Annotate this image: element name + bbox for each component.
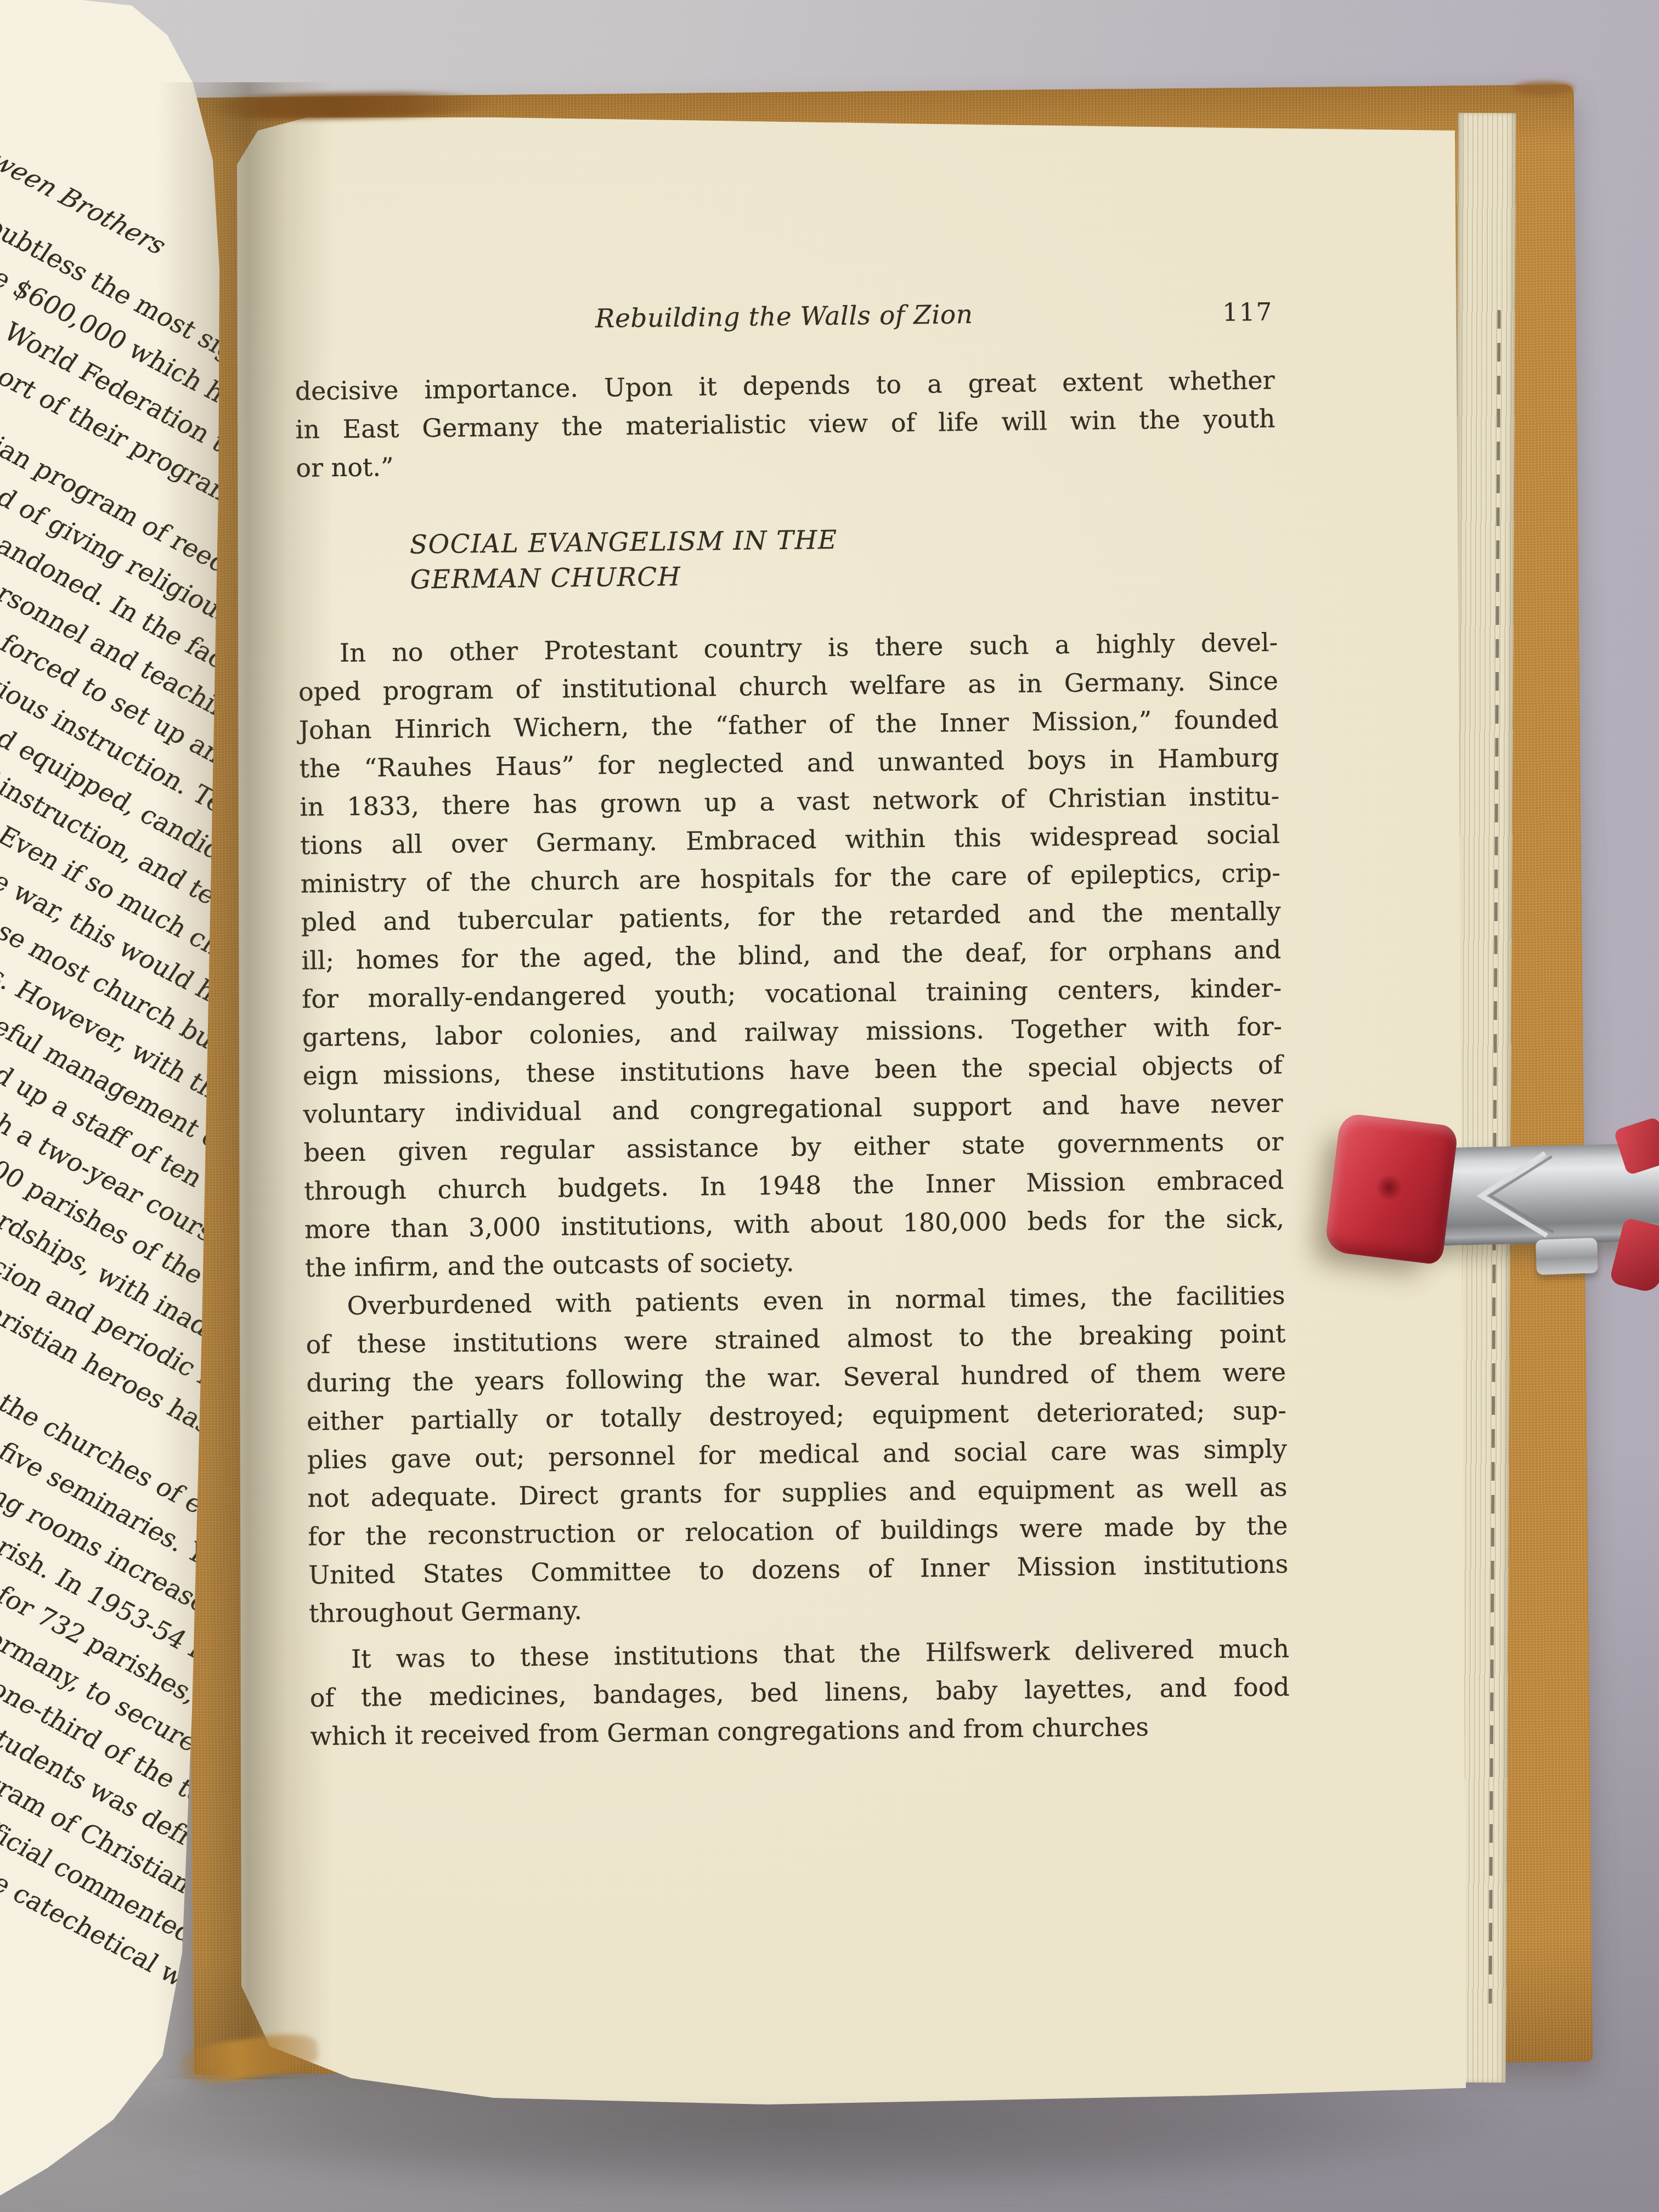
- section-heading: SOCIAL EVANGELISM IN THEGERMAN CHURCH: [297, 516, 1390, 599]
- photo-scene: Rebuilding the Walls of Zion 117 decisiv…: [0, 0, 1659, 2212]
- paragraph: It was to these institutions that the Hi…: [309, 1629, 1290, 1756]
- right-page-text: Rebuilding the Walls of Zion 117 decisiv…: [294, 296, 1290, 1756]
- cover-worn-corner: [1514, 81, 1574, 96]
- page-number: 117: [1222, 297, 1273, 327]
- gutter-shadow: [157, 82, 332, 2079]
- clamp-red-pad: [1324, 1113, 1458, 1265]
- paragraph: Overburdened with patients even in norma…: [305, 1276, 1289, 1633]
- paragraph-continued: decisive importance. Upon it depends to …: [295, 361, 1276, 487]
- paragraph: In no other Protestant country is there …: [298, 623, 1285, 1287]
- clamp-screw: [1536, 1238, 1598, 1275]
- clamp-chevron-mark: [1452, 1145, 1585, 1245]
